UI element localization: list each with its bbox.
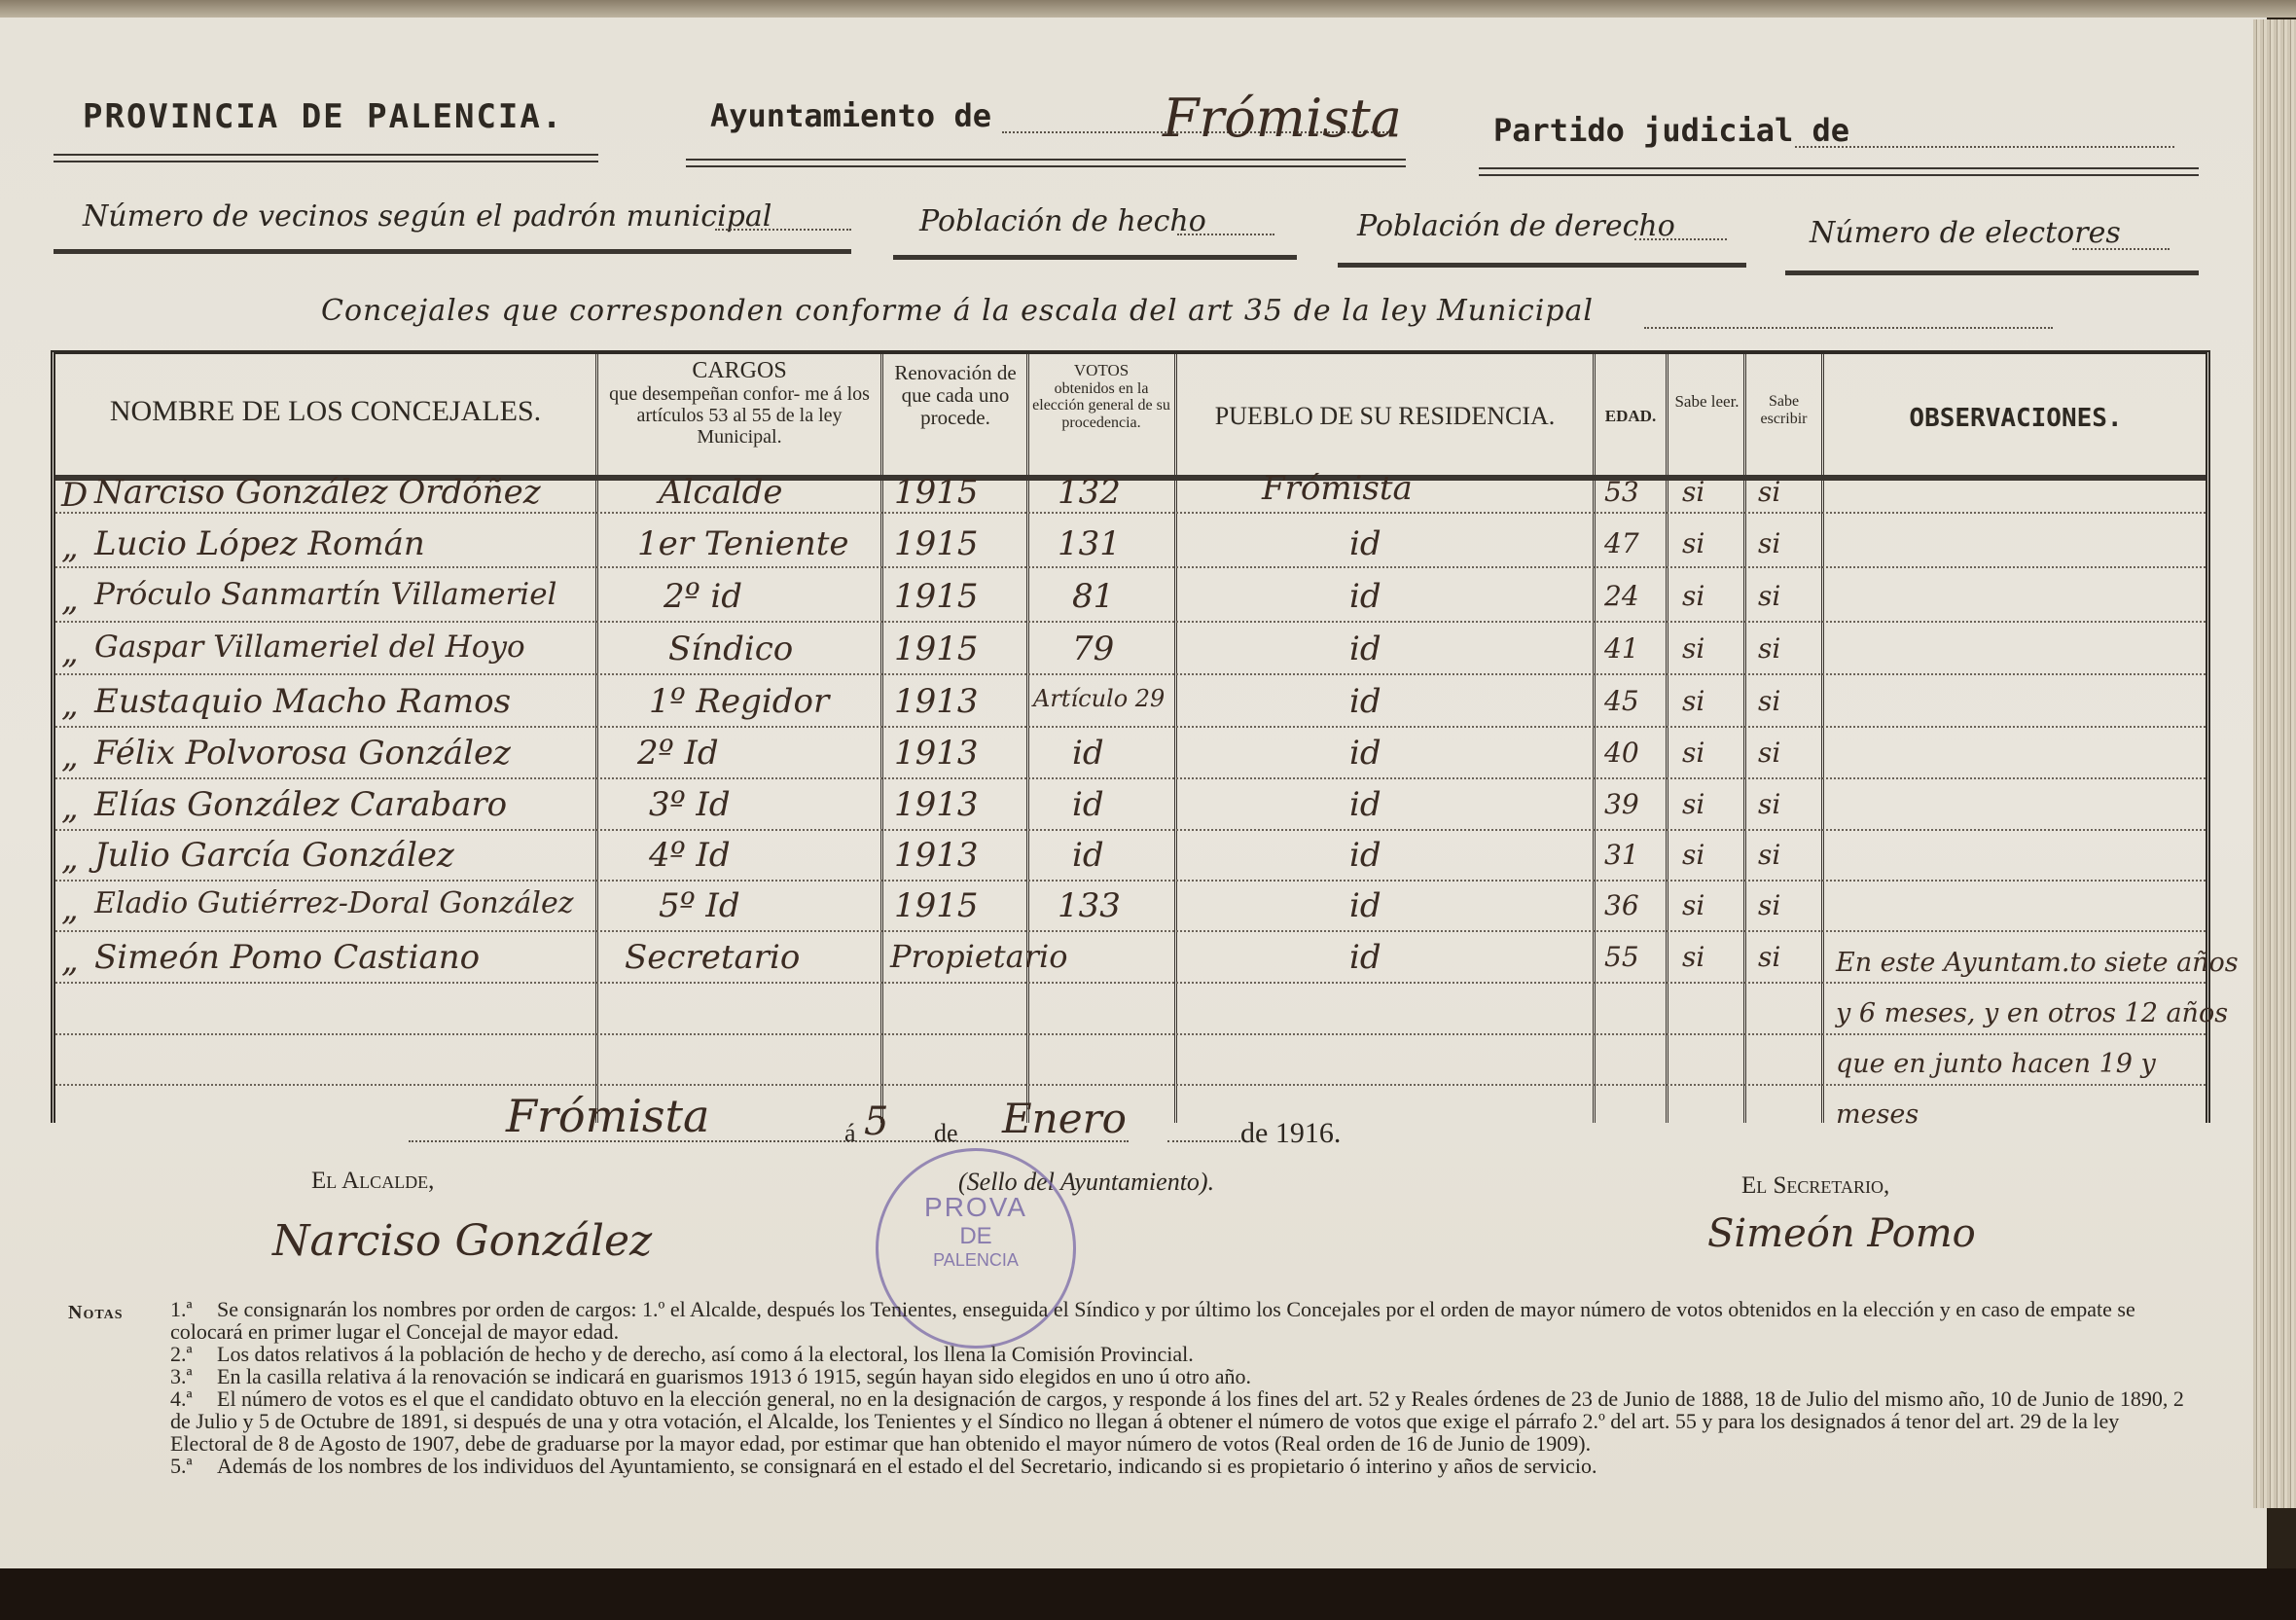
col-header-leer: Sabe leer. [1670, 393, 1743, 412]
place-value: Frómista [506, 1090, 709, 1142]
cell-votos: id [1072, 785, 1104, 824]
cell-leer: si [1682, 580, 1704, 612]
cell-nombre: Eustaquio Macho Ramos [94, 682, 511, 721]
cell-edad: 41 [1604, 632, 1639, 665]
book-shadow [0, 1568, 2296, 1620]
cell-votos: id [1072, 734, 1104, 773]
ayuntamiento-value: Frómista [1163, 88, 1402, 149]
divider [1479, 167, 2199, 176]
cell-pueblo: id [1349, 577, 1381, 616]
cell-edad: 39 [1604, 788, 1639, 820]
cell-escribir: si [1758, 737, 1780, 769]
col-header-cargos: CARGOS que desempeñan confor- me á los a… [598, 358, 880, 448]
cell-escribir: si [1758, 527, 1780, 559]
cell-nombre: Simeón Pomo Castiano [94, 938, 480, 977]
cell-cargo: 1er Teniente [637, 524, 849, 563]
cell-nombre: Félix Polvorosa González [94, 734, 511, 773]
note-item: 4.ªEl número de votos es el que el candi… [170, 1387, 2194, 1455]
cell-leer: si [1682, 527, 1704, 559]
divider [54, 249, 851, 254]
cell-escribir: si [1758, 580, 1780, 612]
cell-cargo: Secretario [625, 938, 800, 977]
col-header-renovacion: Renovación de que cada uno procede. [884, 362, 1026, 429]
ayuntamiento-label: Ayuntamiento de [710, 97, 991, 134]
col-header-nombre: NOMBRE DE LOS CONCEJALES. [55, 395, 595, 427]
cell-observaciones: En este Ayuntam.to siete años y 6 meses,… [1836, 938, 2244, 1140]
cell-nombre: Lucio López Román [94, 524, 425, 563]
divider [686, 159, 1406, 167]
cell-pueblo: id [1349, 524, 1381, 563]
cell-nombre: Eladio Gutiérrez-Doral González [94, 886, 574, 920]
concejales-scale-line: Concejales que corresponden conforme á l… [321, 294, 1594, 328]
divider [893, 255, 1297, 260]
cell-pueblo: id [1349, 836, 1381, 875]
note-item: 3.ªEn la casilla relativa á la renovació… [170, 1365, 2194, 1387]
cell-leer: si [1682, 839, 1704, 871]
cell-leer: si [1682, 737, 1704, 769]
cell-edad: 36 [1604, 889, 1639, 921]
cell-pueblo: id [1349, 734, 1381, 773]
alcalde-label: El Alcalde, [311, 1168, 434, 1195]
year-label: de 1916. [1240, 1117, 1341, 1150]
cell-cargo: Síndico [668, 630, 793, 668]
note-item: 2.ªLos datos relativos á la población de… [170, 1343, 2194, 1365]
partido-label: Partido judicial de [1493, 112, 1849, 149]
cell-escribir: si [1758, 476, 1780, 508]
cell-renovacion: 1915 [894, 630, 979, 668]
cell-leer: si [1682, 685, 1704, 717]
cell-votos: Artículo 29 [1033, 685, 1165, 712]
col-header-observaciones: OBSERVACIONES. [1826, 405, 2206, 433]
cell-escribir: si [1758, 788, 1780, 820]
month-value: Enero [1002, 1095, 1127, 1142]
cell-pueblo: id [1349, 938, 1381, 977]
alcalde-signature: Narciso González [272, 1216, 652, 1266]
cell-votos: 133 [1058, 886, 1121, 925]
book-page-edges [2253, 19, 2296, 1508]
cell-nombre: Próculo Sanmartín Villameriel [94, 577, 556, 612]
poblacion-derecho-field[interactable] [1634, 238, 1727, 240]
divider [1338, 263, 1746, 268]
cell-edad: 24 [1604, 580, 1639, 612]
cell-leer: si [1682, 941, 1704, 973]
concejales-field[interactable] [1644, 327, 2053, 329]
cell-edad: 47 [1604, 527, 1639, 559]
cell-cargo: 2º Id [637, 734, 719, 773]
col-header-escribir: Sabe escribir [1746, 393, 1821, 427]
cell-edad: 45 [1604, 685, 1639, 717]
de-label: de [934, 1119, 958, 1148]
cell-leer: si [1682, 632, 1704, 665]
cell-renovacion: 1913 [894, 785, 979, 824]
book-top-edge [0, 0, 2296, 18]
notes-list: 1.ªSe consignarán los nombres por orden … [170, 1298, 2194, 1477]
cell-leer: si [1682, 476, 1704, 508]
cell-leer: si [1682, 889, 1704, 921]
province-title: PROVINCIA DE PALENCIA. [83, 97, 563, 136]
note-item: 5.ªAdemás de los nombres de los individu… [170, 1455, 2194, 1477]
vecinos-label: Número de vecinos según el padrón munici… [83, 199, 771, 234]
cell-renovacion: 1915 [894, 886, 979, 925]
document-page: PROVINCIA DE PALENCIA. Ayuntamiento de F… [0, 0, 2267, 1620]
cell-renovacion: 1915 [894, 577, 979, 616]
concejales-table: NOMBRE DE LOS CONCEJALES. CARGOS que des… [51, 350, 2210, 1123]
cell-renovacion: 1913 [894, 682, 979, 721]
cell-pueblo: id [1349, 630, 1381, 668]
col-header-votos: VOTOS obtenidos en la elección general d… [1030, 362, 1172, 431]
cell-pueblo: id [1349, 785, 1381, 824]
partido-field[interactable] [1795, 146, 2174, 148]
cell-votos: 132 [1058, 473, 1121, 512]
cell-pueblo: id [1349, 886, 1381, 925]
note-item: 1.ªSe consignarán los nombres por orden … [170, 1298, 2194, 1343]
cell-cargo: 5º Id [659, 886, 740, 925]
cell-escribir: si [1758, 685, 1780, 717]
cell-edad: 55 [1604, 941, 1639, 973]
cell-escribir: si [1758, 632, 1780, 665]
poblacion-hecho-field[interactable] [1177, 234, 1274, 235]
cell-cargo: 2º id [664, 577, 742, 616]
cell-votos: 79 [1072, 630, 1114, 668]
cell-nombre: Gaspar Villameriel del Hoyo [94, 630, 525, 665]
col-header-edad: EDAD. [1596, 408, 1666, 426]
electores-field[interactable] [2072, 248, 2170, 250]
cell-cargo: 3º Id [649, 785, 731, 824]
cell-cargo: 4º Id [649, 836, 731, 875]
cell-edad: 31 [1604, 839, 1639, 871]
cell-nombre: Julio García González [94, 836, 454, 875]
cell-pueblo: Frómista [1262, 469, 1413, 508]
cell-edad: 40 [1604, 737, 1639, 769]
poblacion-hecho-label: Población de hecho [919, 204, 1206, 238]
cell-renovacion: Propietario [890, 938, 1067, 975]
notes-title: Notas [68, 1302, 124, 1324]
cell-renovacion: 1915 [894, 473, 979, 512]
electores-label: Número de electores [1810, 216, 2121, 250]
cell-votos: id [1072, 836, 1104, 875]
cell-edad: 53 [1604, 476, 1639, 508]
cell-renovacion: 1915 [894, 524, 979, 563]
secretario-label: El Secretario, [1741, 1172, 1889, 1200]
day-value: 5 [864, 1099, 888, 1144]
cell-nombre: Elías González Carabaro [94, 785, 507, 824]
divider [54, 154, 598, 162]
cell-renovacion: 1913 [894, 734, 979, 773]
cell-pueblo: id [1349, 682, 1381, 721]
cell-escribir: si [1758, 941, 1780, 973]
divider [1785, 270, 2199, 275]
secretario-signature: Simeón Pomo [1707, 1211, 1976, 1256]
cell-nombre: Narciso González Ordóñez [94, 473, 541, 512]
a-label: á [844, 1119, 856, 1148]
cell-renovacion: 1913 [894, 836, 979, 875]
cell-escribir: si [1758, 889, 1780, 921]
col-header-pueblo: PUEBLO DE SU RESIDENCIA. [1177, 403, 1593, 431]
cell-cargo: Alcalde [659, 473, 783, 512]
vecinos-field[interactable] [715, 229, 851, 231]
cell-votos: 81 [1072, 577, 1114, 616]
cell-cargo: 1º Regidor [649, 682, 829, 721]
cell-votos: 131 [1058, 524, 1121, 563]
poblacion-derecho-label: Población de derecho [1357, 209, 1675, 243]
cell-escribir: si [1758, 839, 1780, 871]
cell-leer: si [1682, 788, 1704, 820]
